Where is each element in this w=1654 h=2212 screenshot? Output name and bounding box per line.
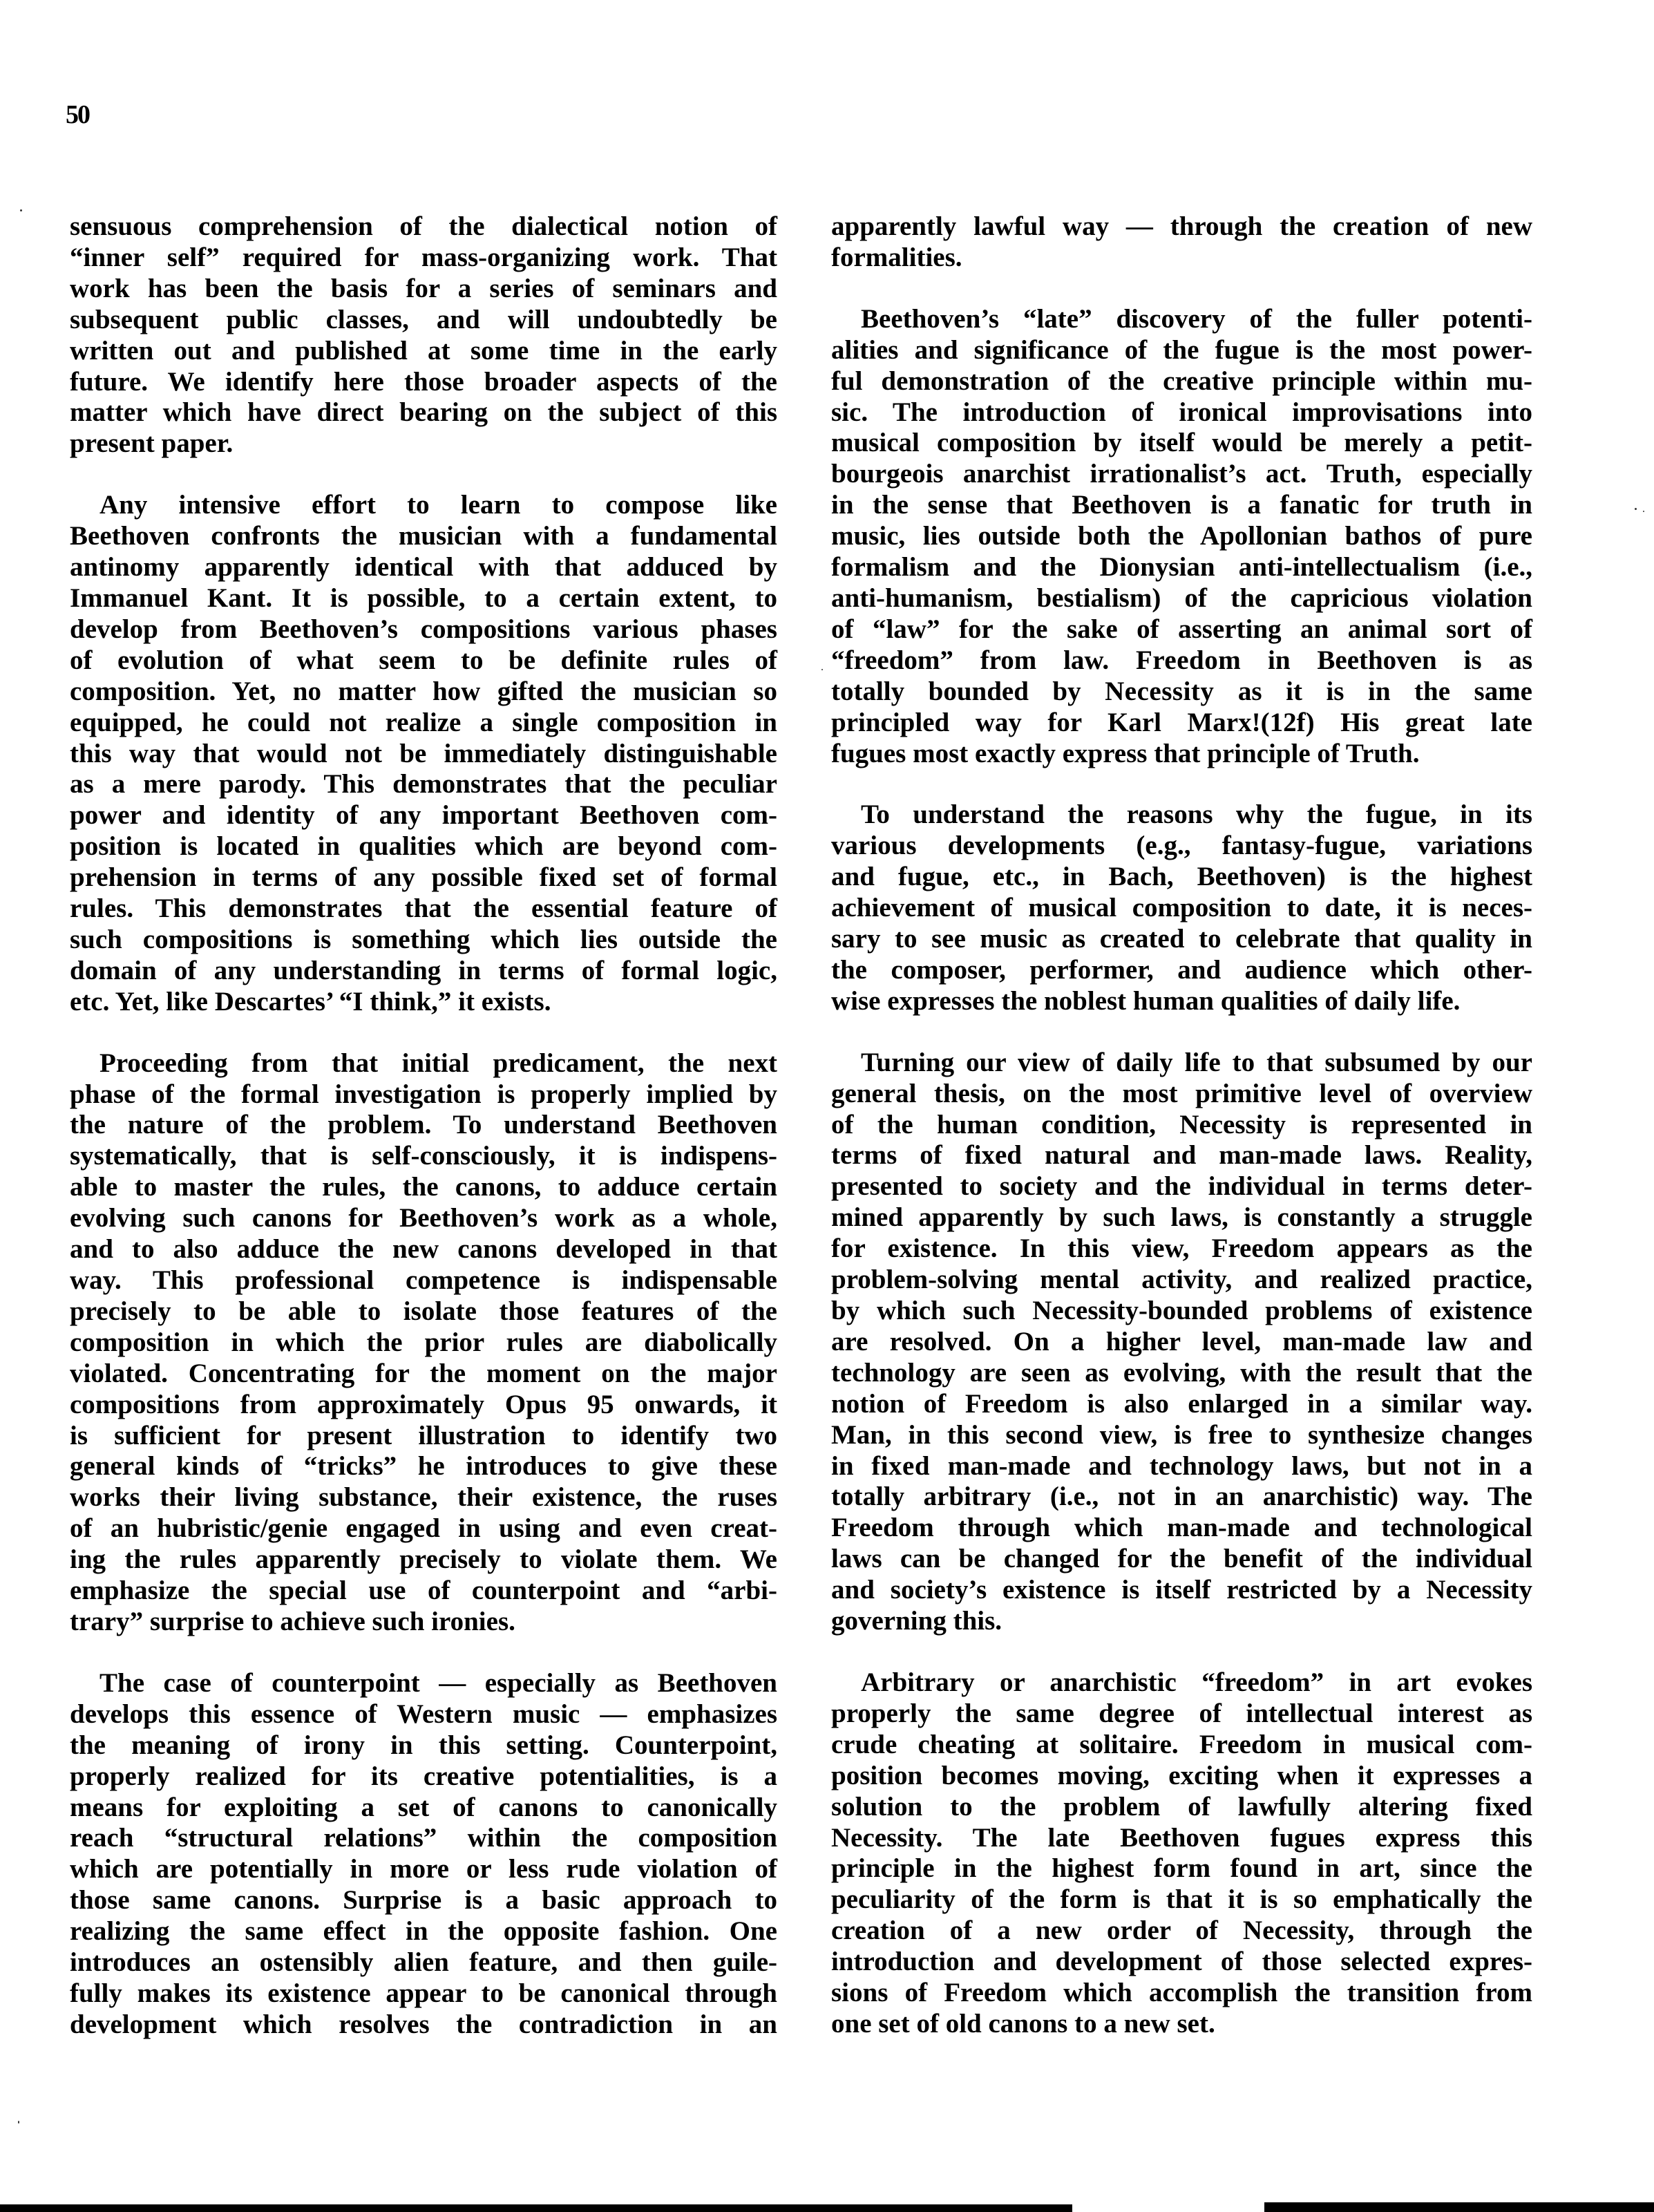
text-line: “inner self” required for mass-organizin… bbox=[70, 243, 777, 274]
text-line: for existence. In this view, Freedom app… bbox=[831, 1233, 1532, 1265]
paragraph: Turning our view of daily life to that s… bbox=[831, 1048, 1532, 1637]
text-line: technology are seen as evolving, with th… bbox=[831, 1358, 1532, 1389]
text-line: Turning our view of daily life to that s… bbox=[831, 1048, 1532, 1079]
text-line: equipped, he could not realize a single … bbox=[70, 708, 777, 739]
text-line: develop from Beethoven’s compositions va… bbox=[70, 614, 777, 645]
paragraph: Proceeding from that initial predicament… bbox=[70, 1048, 777, 1638]
text-line: prehension in terms of any possible fixe… bbox=[70, 862, 777, 894]
text-line: develops this essence of Western music —… bbox=[70, 1699, 777, 1730]
text-line: means for exploiting a set of canons to … bbox=[70, 1793, 777, 1824]
text-line: formalism and the Dionysian anti-intelle… bbox=[831, 552, 1532, 583]
paragraph: Beethoven’s “late” discovery of the full… bbox=[831, 304, 1532, 770]
text-line: music, lies outside both the Apollonian … bbox=[831, 521, 1532, 552]
text-line: work has been the basis for a series of … bbox=[70, 274, 777, 305]
text-line: in the sense that Beethoven is a fanatic… bbox=[831, 490, 1532, 521]
text-line: Immanuel Kant. It is possible, to a cert… bbox=[70, 583, 777, 614]
text-line: written out and published at some time i… bbox=[70, 336, 777, 367]
text-line: and fugue, etc., in Bach, Beethoven) is … bbox=[831, 862, 1532, 893]
text-line: fully makes its existence appear to be c… bbox=[70, 1978, 777, 2010]
scan-speck bbox=[1643, 511, 1644, 512]
text-line: power and identity of any important Beet… bbox=[70, 800, 777, 831]
text-line: as a mere parody. This demonstrates that… bbox=[70, 769, 777, 800]
text-line: fugues most exactly express that princip… bbox=[831, 739, 1532, 770]
text-line: realizing the same effect in the opposit… bbox=[70, 1916, 777, 1947]
text-line: and to also adduce the new canons develo… bbox=[70, 1234, 777, 1265]
text-line: etc. Yet, like Descartes’ “I think,” it … bbox=[70, 987, 777, 1018]
text-line: violated. Concentrating for the moment o… bbox=[70, 1359, 777, 1390]
paragraph: apparently lawful way — through the crea… bbox=[831, 211, 1532, 274]
text-line: principled way for Karl Marx!(12f) His g… bbox=[831, 708, 1532, 739]
text-line: To understand the reasons why the fugue,… bbox=[831, 800, 1532, 831]
text-line: totally arbitrary (i.e., not in an anarc… bbox=[831, 1482, 1532, 1513]
text-line: problem-solving mental activity, and rea… bbox=[831, 1265, 1532, 1296]
paragraph: sensuous comprehension of the dialectica… bbox=[70, 211, 777, 460]
text-line: the nature of the problem. To understand… bbox=[70, 1110, 777, 1141]
text-line: Arbitrary or anarchistic “freedom” in ar… bbox=[831, 1667, 1532, 1699]
text-line: this way that would not be immediately d… bbox=[70, 739, 777, 770]
text-line: composition. Yet, no matter how gifted t… bbox=[70, 677, 777, 708]
text-line: the composer, performer, and audience wh… bbox=[831, 955, 1532, 986]
text-line: Beethoven’s “late” discovery of the full… bbox=[831, 304, 1532, 335]
text-line: crude cheating at solitaire. Freedom in … bbox=[831, 1730, 1532, 1761]
text-line: reach “structural relations” within the … bbox=[70, 1823, 777, 1854]
text-line: of an hubristic/genie engaged in using a… bbox=[70, 1513, 777, 1544]
text-line: The case of counterpoint — especially as… bbox=[70, 1668, 777, 1699]
text-line: the meaning of irony in this setting. Co… bbox=[70, 1730, 777, 1761]
text-line: mined apparently by such laws, is consta… bbox=[831, 1202, 1532, 1233]
text-line: bourgeois anarchist irrationalist’s act.… bbox=[831, 459, 1532, 490]
text-line: Proceeding from that initial predicament… bbox=[70, 1048, 777, 1079]
text-line: principle in the highest form found in a… bbox=[831, 1853, 1532, 1884]
text-line: peculiarity of the form is that it is so… bbox=[831, 1884, 1532, 1916]
text-line: in fixed man-made and technology laws, b… bbox=[831, 1451, 1532, 1482]
text-line: totally bounded by Necessity as it is in… bbox=[831, 677, 1532, 708]
text-line: subsequent public classes, and will undo… bbox=[70, 305, 777, 336]
text-line: general kinds of “tricks” he introduces … bbox=[70, 1451, 777, 1482]
text-line: Freedom through which man-made and techn… bbox=[831, 1513, 1532, 1544]
scan-speck bbox=[821, 669, 823, 670]
text-line: Any intensive effort to learn to compose… bbox=[70, 490, 777, 521]
text-line: of the human condition, Necessity is rep… bbox=[831, 1110, 1532, 1141]
text-line: works their living substance, their exis… bbox=[70, 1482, 777, 1513]
text-line: way. This professional competence is ind… bbox=[70, 1265, 777, 1296]
text-line: domain of any understanding in terms of … bbox=[70, 956, 777, 987]
text-line: able to master the rules, the canons, to… bbox=[70, 1172, 777, 1203]
bottom-rule-left bbox=[0, 2204, 1072, 2212]
text-line: phase of the formal investigation is pro… bbox=[70, 1079, 777, 1110]
text-line: emphasize the special use of counterpoin… bbox=[70, 1576, 777, 1607]
text-line: Man, in this second view, is free to syn… bbox=[831, 1420, 1532, 1451]
paragraph: The case of counterpoint — especially as… bbox=[70, 1668, 777, 2041]
text-line: governing this. bbox=[831, 1606, 1532, 1637]
text-line: compositions from approximately Opus 95 … bbox=[70, 1390, 777, 1421]
text-line: is sufficient for present illustration t… bbox=[70, 1421, 777, 1452]
text-line: terms of fixed natural and man-made laws… bbox=[831, 1140, 1532, 1171]
text-line: composition in which the prior rules are… bbox=[70, 1327, 777, 1359]
text-line: Necessity. The late Beethoven fugues exp… bbox=[831, 1823, 1532, 1854]
text-line: of evolution of what seem to be definite… bbox=[70, 645, 777, 677]
text-line: are resolved. On a higher level, man-mad… bbox=[831, 1327, 1532, 1358]
bottom-rule-right bbox=[1264, 2202, 1654, 2212]
text-line: sary to see music as created to celebrat… bbox=[831, 924, 1532, 955]
emphasized-word: Freedom bbox=[1136, 645, 1241, 675]
text-line: antinomy apparently identical with that … bbox=[70, 552, 777, 583]
text-line: properly realized for its creative poten… bbox=[70, 1761, 777, 1793]
text-line: and society’s existence is itself restri… bbox=[831, 1575, 1532, 1606]
text-line: rules. This demonstrates that the essent… bbox=[70, 894, 777, 925]
text-line: sic. The introduction of ironical improv… bbox=[831, 397, 1532, 428]
text-line: ful demonstration of the creative princi… bbox=[831, 366, 1532, 397]
text-line: systematically, that is self-consciously… bbox=[70, 1141, 777, 1172]
emphasized-word: creation bbox=[1333, 211, 1429, 241]
text-line: wise expresses the noblest human qualiti… bbox=[831, 986, 1532, 1017]
text-line: laws can be changed for the benefit of t… bbox=[831, 1544, 1532, 1575]
left-column: sensuous comprehension of the dialectica… bbox=[70, 211, 777, 2071]
text-line: matter which have direct bearing on the … bbox=[70, 397, 777, 428]
text-line: introduction and development of those se… bbox=[831, 1947, 1532, 1978]
paragraph: Arbitrary or anarchistic “freedom” in ar… bbox=[831, 1667, 1532, 2040]
page-number: 50 bbox=[66, 101, 89, 129]
text-line: one set of old canons to a new set. bbox=[831, 2009, 1532, 2040]
text-line: of “law” for the sake of asserting an an… bbox=[831, 614, 1532, 645]
text-line: various developments (e.g., fantasy-fugu… bbox=[831, 831, 1532, 862]
text-line: general thesis, on the most primitive le… bbox=[831, 1079, 1532, 1110]
paragraph: Any intensive effort to learn to compose… bbox=[70, 490, 777, 1017]
text-line: notion of Freedom is also enlarged in a … bbox=[831, 1389, 1532, 1420]
scan-speck bbox=[20, 209, 22, 211]
text-line: by which such Necessity-bounded problems… bbox=[831, 1296, 1532, 1327]
text-line: such compositions is something which lie… bbox=[70, 925, 777, 956]
paragraph: To understand the reasons why the fugue,… bbox=[831, 800, 1532, 1017]
emphasized-word: Truth, bbox=[1327, 459, 1403, 489]
text-line: future. We identify here those broader a… bbox=[70, 367, 777, 398]
scan-speck bbox=[18, 2121, 19, 2124]
text-line: trary” surprise to achieve such ironies. bbox=[70, 1607, 777, 1638]
text-line: musical composition by itself would be m… bbox=[831, 428, 1532, 459]
emphasized-word: Necessity bbox=[1105, 677, 1214, 706]
text-line: present paper. bbox=[70, 428, 777, 460]
text-line: alities and significance of the fugue is… bbox=[831, 335, 1532, 366]
text-line: precisely to be able to isolate those fe… bbox=[70, 1296, 777, 1327]
text-line: formalities. bbox=[831, 243, 1532, 274]
right-column: apparently lawful way — through the crea… bbox=[831, 211, 1532, 2070]
text-line: which are potentially in more or less ru… bbox=[70, 1854, 777, 1885]
text-line: apparently lawful way — through the crea… bbox=[831, 211, 1532, 243]
text-line: achievement of musical composition to da… bbox=[831, 893, 1532, 924]
text-line: presented to society and the individual … bbox=[831, 1171, 1532, 1202]
text-line: “freedom” from law. Freedom in Beethoven… bbox=[831, 645, 1532, 677]
text-line: sions of Freedom which accomplish the tr… bbox=[831, 1978, 1532, 2009]
text-line: those same canons. Surprise is a basic a… bbox=[70, 1885, 777, 1916]
text-line: position becomes moving, exciting when i… bbox=[831, 1761, 1532, 1792]
text-line: ing the rules apparently precisely to vi… bbox=[70, 1544, 777, 1576]
emphasized-word: fixed bbox=[871, 1451, 930, 1481]
text-line: introduces an ostensibly alien feature, … bbox=[70, 1947, 777, 1978]
text-line: sensuous comprehension of the dialectica… bbox=[70, 211, 777, 243]
text-line: Beethoven confronts the musician with a … bbox=[70, 521, 777, 552]
text-line: development which resolves the contradic… bbox=[70, 2010, 777, 2041]
text-line: creation of a new order of Necessity, th… bbox=[831, 1916, 1532, 1947]
text-line: solution to the problem of lawfully alte… bbox=[831, 1792, 1532, 1823]
text-line: position is located in qualities which a… bbox=[70, 831, 777, 862]
scan-speck bbox=[1635, 508, 1637, 510]
text-line: evolving such canons for Beethoven’s wor… bbox=[70, 1203, 777, 1234]
text-line: properly the same degree of intellectual… bbox=[831, 1699, 1532, 1730]
text-line: anti-humanism, bestialism) of the capric… bbox=[831, 583, 1532, 614]
